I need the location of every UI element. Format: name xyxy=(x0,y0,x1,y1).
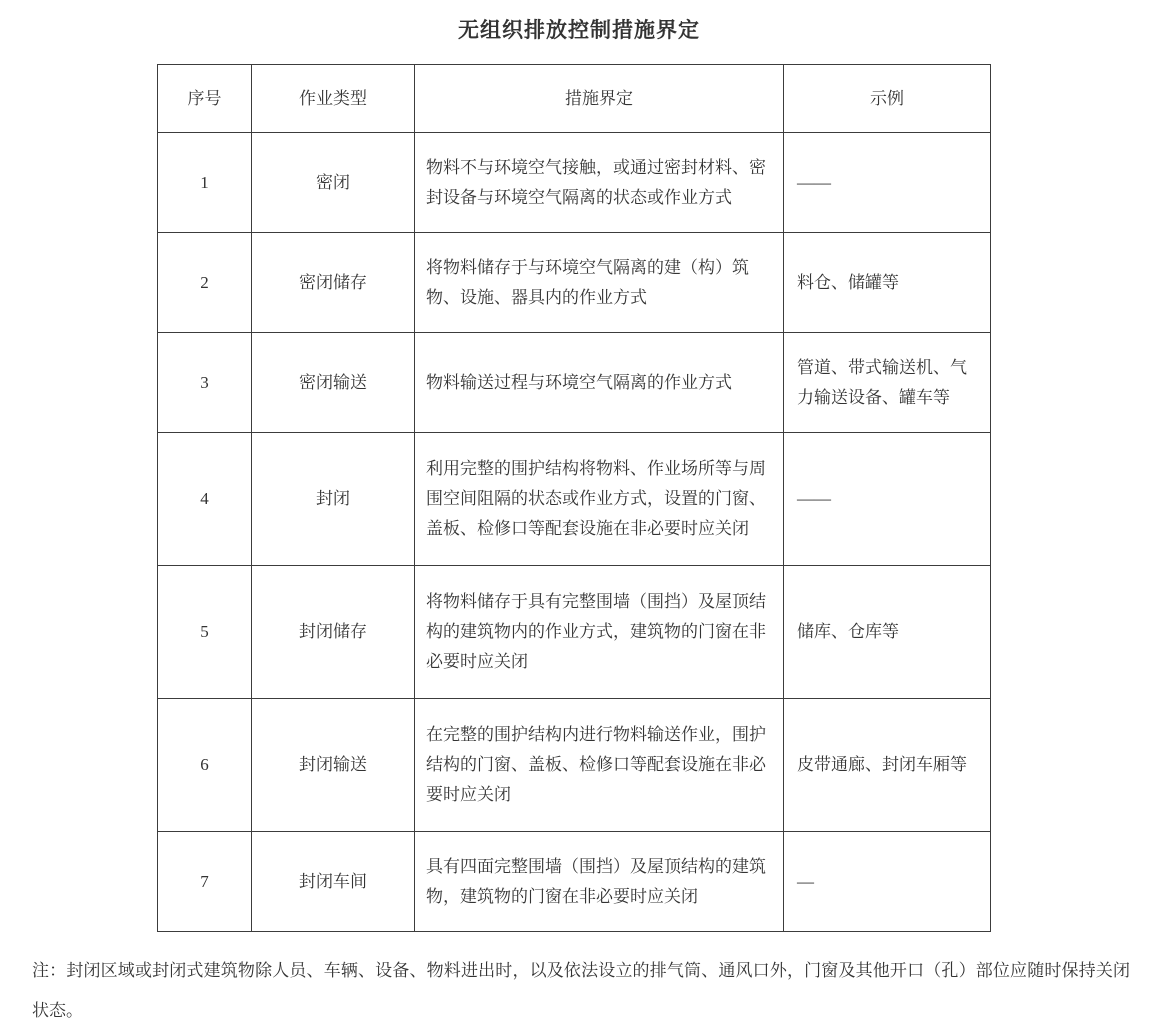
cell-example: —— xyxy=(784,133,991,233)
cell-definition: 具有四面完整围墙（围挡）及屋顶结构的建筑物，建筑物的门窗在非必要时应关闭 xyxy=(415,832,784,932)
cell-type: 封闭 xyxy=(252,433,415,566)
cell-example: —— xyxy=(784,433,991,566)
cell-example: — xyxy=(784,832,991,932)
table-row: 1 密闭 物料不与环境空气接触，或通过密封材料、密封设备与环境空气隔离的状态或作… xyxy=(158,133,991,233)
cell-example: 管道、带式输送机、气力输送设备、罐车等 xyxy=(784,333,991,433)
table-row: 6 封闭输送 在完整的围护结构内进行物料输送作业，围护结构的门窗、盖板、检修口等… xyxy=(158,699,991,832)
cell-example: 料仓、储罐等 xyxy=(784,233,991,333)
cell-type: 封闭储存 xyxy=(252,566,415,699)
cell-no: 6 xyxy=(158,699,252,832)
cell-definition: 将物料储存于具有完整围墙（围挡）及屋顶结构的建筑物内的作业方式，建筑物的门窗在非… xyxy=(415,566,784,699)
cell-definition: 物料不与环境空气接触，或通过密封材料、密封设备与环境空气隔离的状态或作业方式 xyxy=(415,133,784,233)
column-header-definition: 措施界定 xyxy=(415,65,784,133)
cell-definition: 在完整的围护结构内进行物料输送作业，围护结构的门窗、盖板、检修口等配套设施在非必… xyxy=(415,699,784,832)
cell-type: 密闭储存 xyxy=(252,233,415,333)
cell-type: 封闭输送 xyxy=(252,699,415,832)
cell-no: 5 xyxy=(158,566,252,699)
cell-type: 密闭输送 xyxy=(252,333,415,433)
document-title: 无组织排放控制措施界定 xyxy=(0,0,1158,44)
column-header-no: 序号 xyxy=(158,65,252,133)
cell-type: 密闭 xyxy=(252,133,415,233)
table-row: 2 密闭储存 将物料储存于与环境空气隔离的建（构）筑物、设施、器具内的作业方式 … xyxy=(158,233,991,333)
cell-no: 7 xyxy=(158,832,252,932)
cell-definition: 物料输送过程与环境空气隔离的作业方式 xyxy=(415,333,784,433)
table-row: 7 封闭车间 具有四面完整围墙（围挡）及屋顶结构的建筑物，建筑物的门窗在非必要时… xyxy=(158,832,991,932)
measures-table: 序号 作业类型 措施界定 示例 1 密闭 物料不与环境空气接触，或通过密封材料、… xyxy=(157,64,991,932)
document-page: 无组织排放控制措施界定 序号 作业类型 措施界定 示例 1 密闭 物料不与环境空… xyxy=(0,0,1158,1030)
cell-example: 储库、仓库等 xyxy=(784,566,991,699)
cell-no: 3 xyxy=(158,333,252,433)
footnote: 注：封闭区域或封闭式建筑物除人员、车辆、设备、物料进出时，以及依法设立的排气筒、… xyxy=(32,951,1130,1030)
column-header-example: 示例 xyxy=(784,65,991,133)
cell-definition: 将物料储存于与环境空气隔离的建（构）筑物、设施、器具内的作业方式 xyxy=(415,233,784,333)
cell-type: 封闭车间 xyxy=(252,832,415,932)
cell-definition: 利用完整的围护结构将物料、作业场所等与周围空间阻隔的状态或作业方式，设置的门窗、… xyxy=(415,433,784,566)
cell-example: 皮带通廊、封闭车厢等 xyxy=(784,699,991,832)
table-row: 3 密闭输送 物料输送过程与环境空气隔离的作业方式 管道、带式输送机、气力输送设… xyxy=(158,333,991,433)
cell-no: 1 xyxy=(158,133,252,233)
cell-no: 4 xyxy=(158,433,252,566)
cell-no: 2 xyxy=(158,233,252,333)
column-header-type: 作业类型 xyxy=(252,65,415,133)
table-header-row: 序号 作业类型 措施界定 示例 xyxy=(158,65,991,133)
table-row: 5 封闭储存 将物料储存于具有完整围墙（围挡）及屋顶结构的建筑物内的作业方式，建… xyxy=(158,566,991,699)
table-row: 4 封闭 利用完整的围护结构将物料、作业场所等与周围空间阻隔的状态或作业方式，设… xyxy=(158,433,991,566)
